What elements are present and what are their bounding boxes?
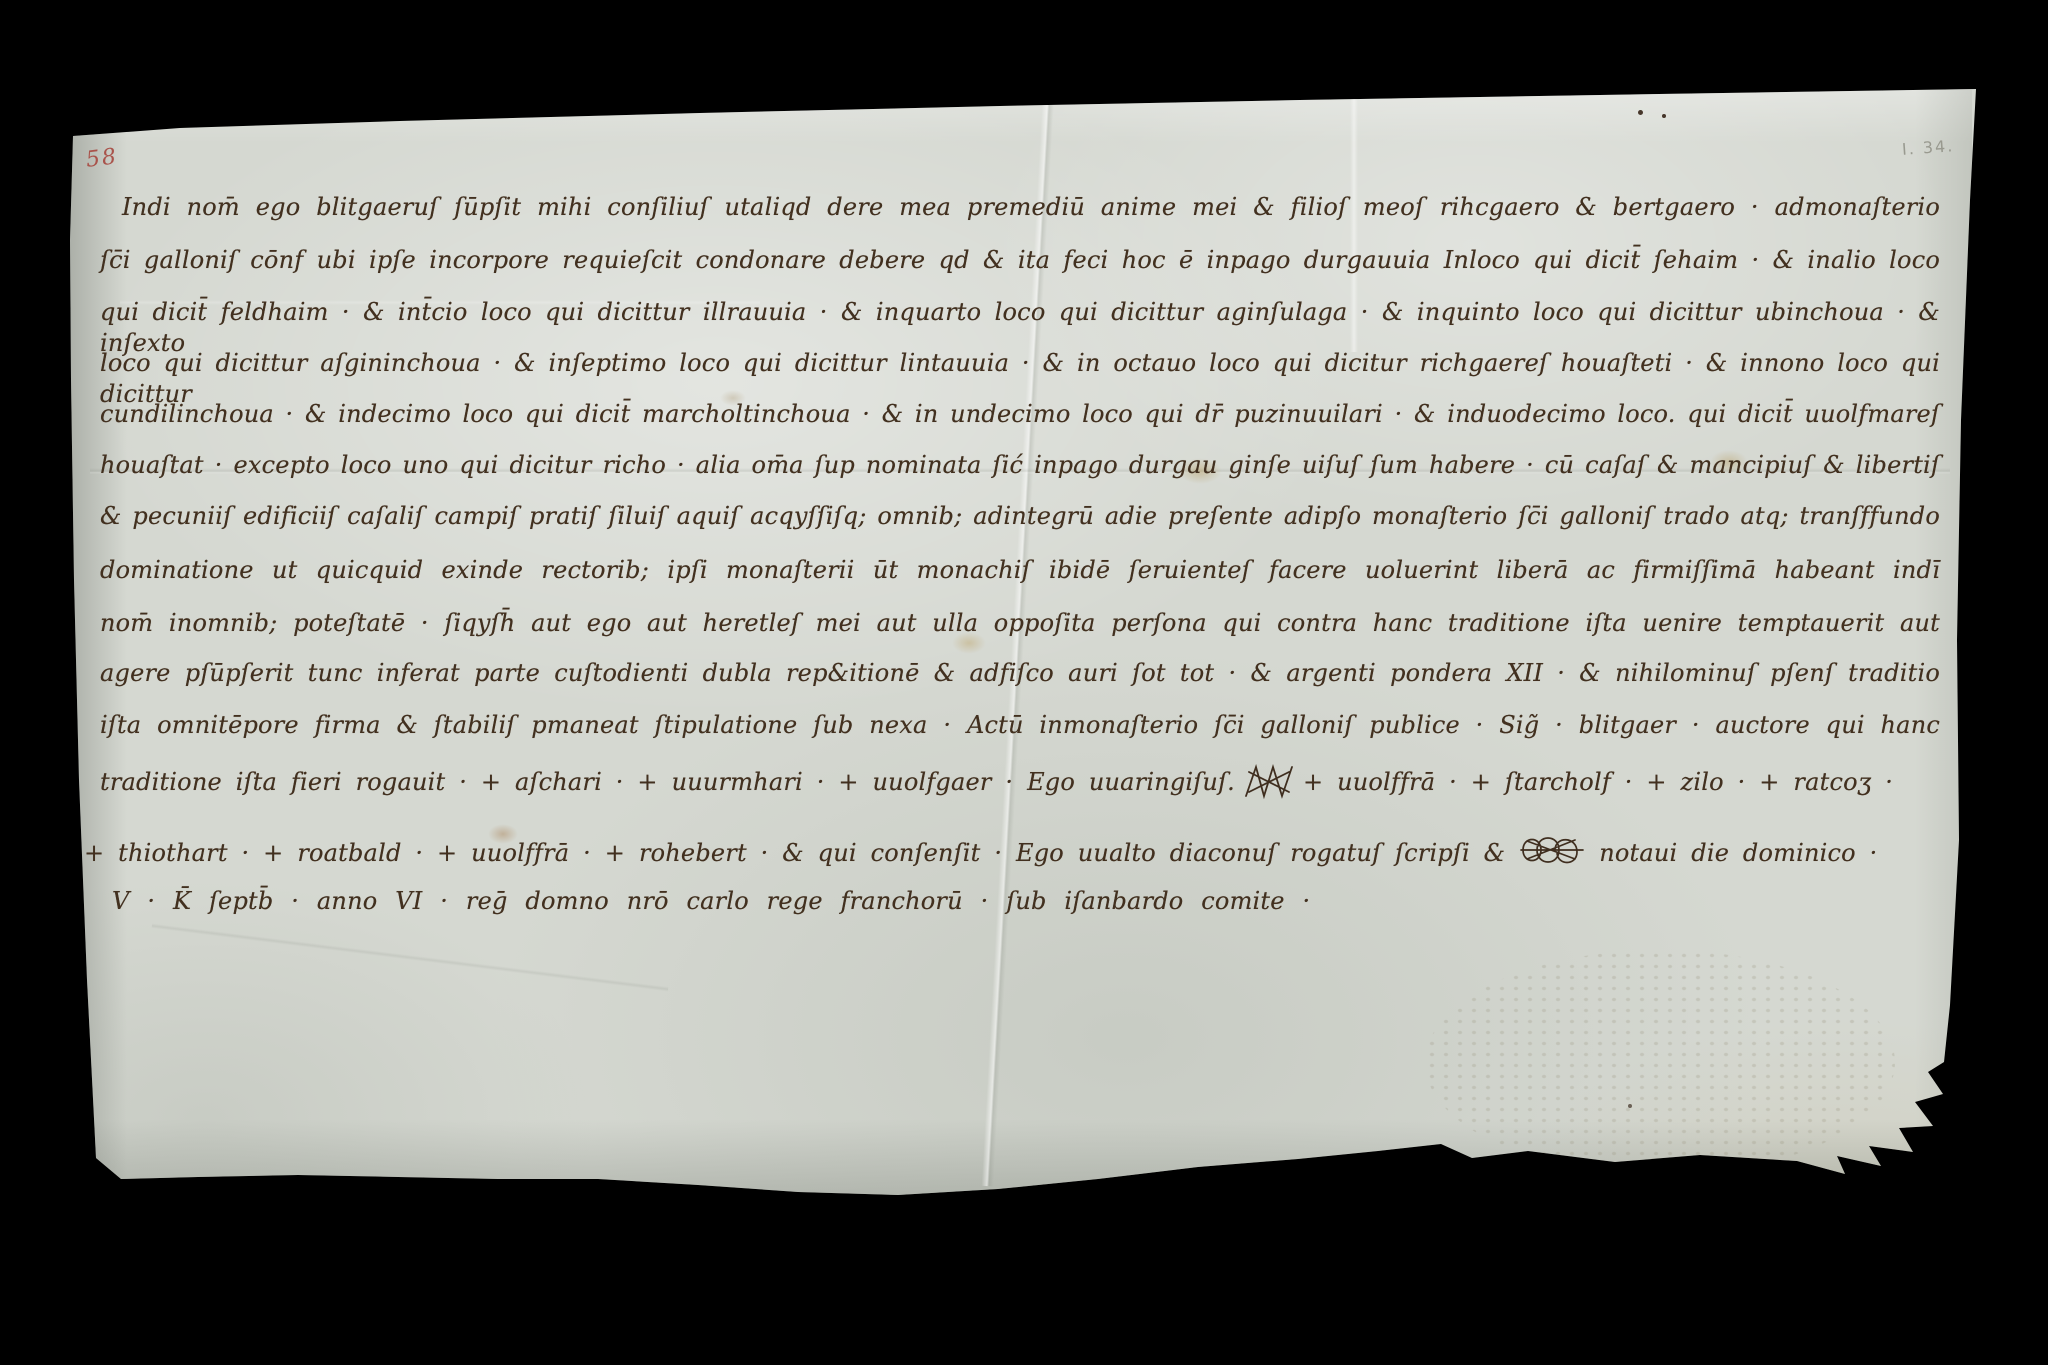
witness-list-text: + uuolffrā · + ſtarcholf · + zilo · + ra… xyxy=(1303,768,1893,796)
scribe-knot-monogram-icon xyxy=(1513,827,1591,873)
notary-monogram-icon xyxy=(1243,762,1295,802)
witness-list-text: notaui die dominico · xyxy=(1599,839,1877,867)
charter-line-11: iſta omnitēpore firma & ſtabiliſ pmaneat… xyxy=(100,710,1940,741)
charter-line-1: Indi nom̄ ego blitgaeruſ ſūpſit mihi con… xyxy=(122,192,1940,223)
charter-line-7: & pecuniiſ edificiiſ caſaliſ campiſ prat… xyxy=(100,501,1940,532)
charter-line-5: cundilinchoua · & indecimo loco qui dici… xyxy=(100,399,1940,430)
charter-line-8: dominatione ut quicquid exinde rectorib;… xyxy=(100,555,1940,586)
witness-list-text: traditione iſta fieri rogauit · + aſchar… xyxy=(100,768,1235,796)
ink-dot xyxy=(1662,114,1666,118)
follicle-freckle-texture xyxy=(1425,950,1895,1175)
witness-list-text: + thiothart · + roatbald · + uuolffrā · … xyxy=(84,839,1505,867)
charter-line-12: traditione iſta fieri rogauit · + aſchar… xyxy=(100,762,1893,802)
charter-line-6: houaſtat · excepto loco uno qui dicitur … xyxy=(100,450,1940,481)
charter-line-13: + thiothart · + roatbald · + uuolffrā · … xyxy=(84,827,1877,873)
photograph-background: 58 I. 34. Indi nom̄ ego blitgaeruſ ſūpſi… xyxy=(0,0,2048,1365)
archive-number: 58 xyxy=(85,146,119,172)
charter-line-14: V · K̄ ſeptb̄ · anno VI · reḡ domno nrō … xyxy=(112,886,1310,917)
charter-line-9: nom̄ inomnib; poteſtatē · ſiqyſh̄ aut eg… xyxy=(100,608,1940,639)
parchment-charter: 58 I. 34. Indi nom̄ ego blitgaeruſ ſūpſi… xyxy=(0,0,2048,1365)
charter-line-10: agere pſūpſerit tunc inferat parte cuſto… xyxy=(100,658,1940,689)
charter-line-2: ſc̄i galloniſ cōnf ubi ipſe incorpore re… xyxy=(100,245,1940,276)
shelfmark-label: I. 34. xyxy=(1902,138,1955,158)
ink-dot xyxy=(1628,1104,1632,1108)
ink-dot xyxy=(1638,110,1643,115)
